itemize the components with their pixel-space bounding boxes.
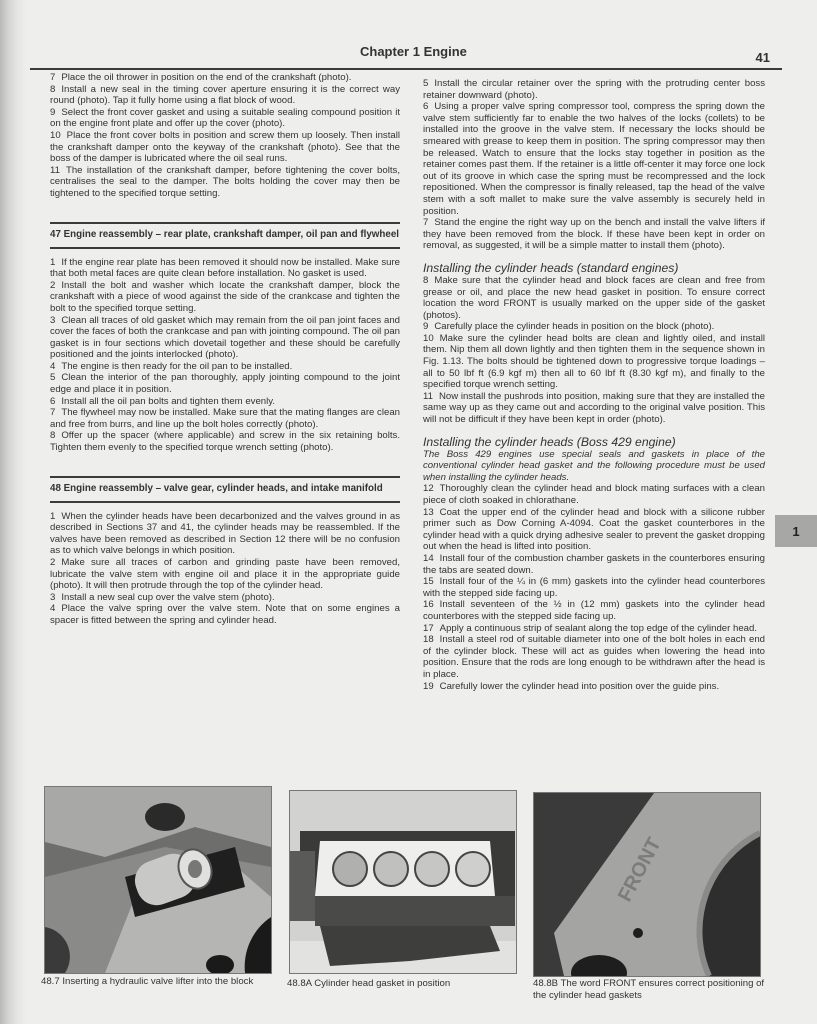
section-48-heading: 48 Engine reassembly – valve gear, cylin… [50,476,400,503]
paragraph: 18Install a steel rod of suitable diamet… [423,634,765,680]
page-number: 41 [756,50,770,65]
chapter-tab-marker: 1 [775,515,817,547]
paragraph: 8Install a new seal in the timing cover … [50,84,400,107]
paragraph: 1If the engine rear plate has been remov… [50,257,400,280]
paragraph: 3Clean all traces of old gasket which ma… [50,315,400,361]
paragraph: 9Select the front cover gasket and using… [50,107,400,130]
chapter-title: Chapter 1 Engine [360,44,467,59]
paragraph: 15Install four of the ¼ in (6 mm) gasket… [423,576,765,599]
page-header: Chapter 1 Engine 41 [30,40,782,68]
paragraph: 17Apply a continuous strip of sealant al… [423,623,765,635]
paragraph: 7Place the oil thrower in position on th… [50,72,400,84]
paragraph: 6Install all the oil pan bolts and tight… [50,396,400,408]
paragraph: 8Make sure that the cylinder head and bl… [423,275,765,321]
paragraph: 14Install four of the combustion chamber… [423,553,765,576]
paragraph: 19Carefully lower the cylinder head into… [423,681,765,693]
paragraph: 16Install seventeen of the ½ in (12 mm) … [423,599,765,622]
paragraph: 4The engine is then ready for the oil pa… [50,361,400,373]
paragraph: 7The flywheel may now be installed. Make… [50,407,400,430]
photo-valve-lifter-icon [44,786,272,974]
photo-caption: 48.8B The word FRONT ensures correct pos… [533,978,765,1001]
paragraph: 10Place the front cover bolts in positio… [50,130,400,165]
paragraph: 4Place the valve spring over the valve s… [50,603,400,626]
paragraph: 3Install a new seal cup over the valve s… [50,592,400,604]
boss429-note: The Boss 429 engines use special seals a… [423,449,765,484]
photo-caption: 48.7 Inserting a hydraulic valve lifter … [41,976,273,988]
paragraph: 11Now install the pushrods into position… [423,391,765,426]
page-binding-shadow [0,0,26,1024]
section-47-heading: 47 Engine reassembly – rear plate, crank… [50,222,400,249]
photo-caption: 48.8A Cylinder head gasket in position [287,978,519,990]
paragraph: 6Using a proper valve spring compressor … [423,101,765,217]
paragraph: 5Install the circular retainer over the … [423,78,765,101]
photo-front-marking-icon: FRONT [533,792,761,977]
header-rule [30,68,782,70]
paragraph: 8Offer up the spacer (where applicable) … [50,430,400,453]
subsection-heading-standard: Installing the cylinder heads (standard … [423,261,765,275]
right-column: 5Install the circular retainer over the … [423,78,765,692]
paragraph: 2Install the bolt and washer which locat… [50,280,400,315]
photo-head-gasket-icon [289,790,517,974]
paragraph: 11The installation of the crankshaft dam… [50,165,400,200]
paragraph: 7Stand the engine the right way up on th… [423,217,765,252]
subsection-heading-boss429: Installing the cylinder heads (Boss 429 … [423,435,765,449]
left-column: 7Place the oil thrower in position on th… [50,72,400,627]
paragraph: 5Clean the interior of the pan thoroughl… [50,372,400,395]
paragraph: 2Make sure all traces of carbon and grin… [50,557,400,592]
paragraph: 12Thoroughly clean the cylinder head and… [423,483,765,506]
paragraph: 1When the cylinder heads have been decar… [50,511,400,557]
paragraph: 13Coat the upper end of the cylinder hea… [423,507,765,553]
paragraph: 10Make sure the cylinder head bolts are … [423,333,765,391]
paragraph: 9Carefully place the cylinder heads in p… [423,321,765,333]
